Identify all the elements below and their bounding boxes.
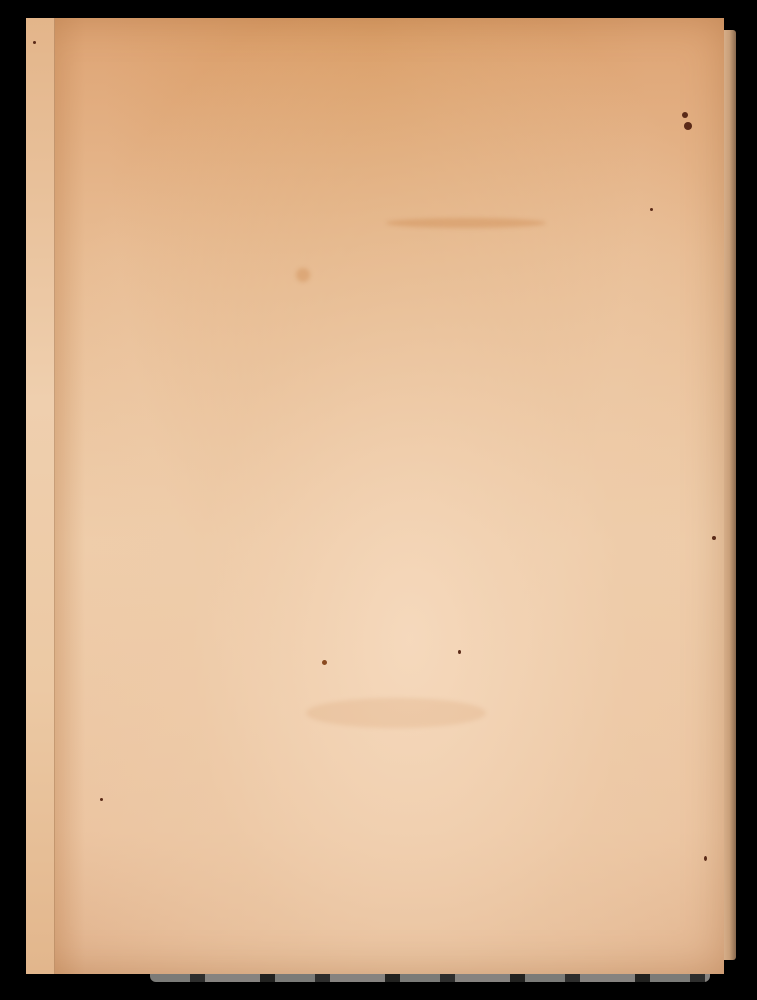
ink-spot <box>684 122 692 130</box>
cover-spine-strip <box>26 18 55 974</box>
water-stain <box>296 268 310 282</box>
ink-spot <box>704 856 707 861</box>
water-stain <box>306 698 486 728</box>
ink-spot <box>682 112 688 118</box>
ink-spot <box>712 536 716 540</box>
book-cover <box>26 18 724 974</box>
spine-hinge-shadow <box>55 18 85 974</box>
ink-spot <box>322 660 327 665</box>
ink-spot <box>100 798 103 801</box>
water-stain <box>386 218 546 228</box>
ink-spot <box>458 650 461 654</box>
ink-spot <box>650 208 653 211</box>
ink-spot <box>33 41 36 44</box>
